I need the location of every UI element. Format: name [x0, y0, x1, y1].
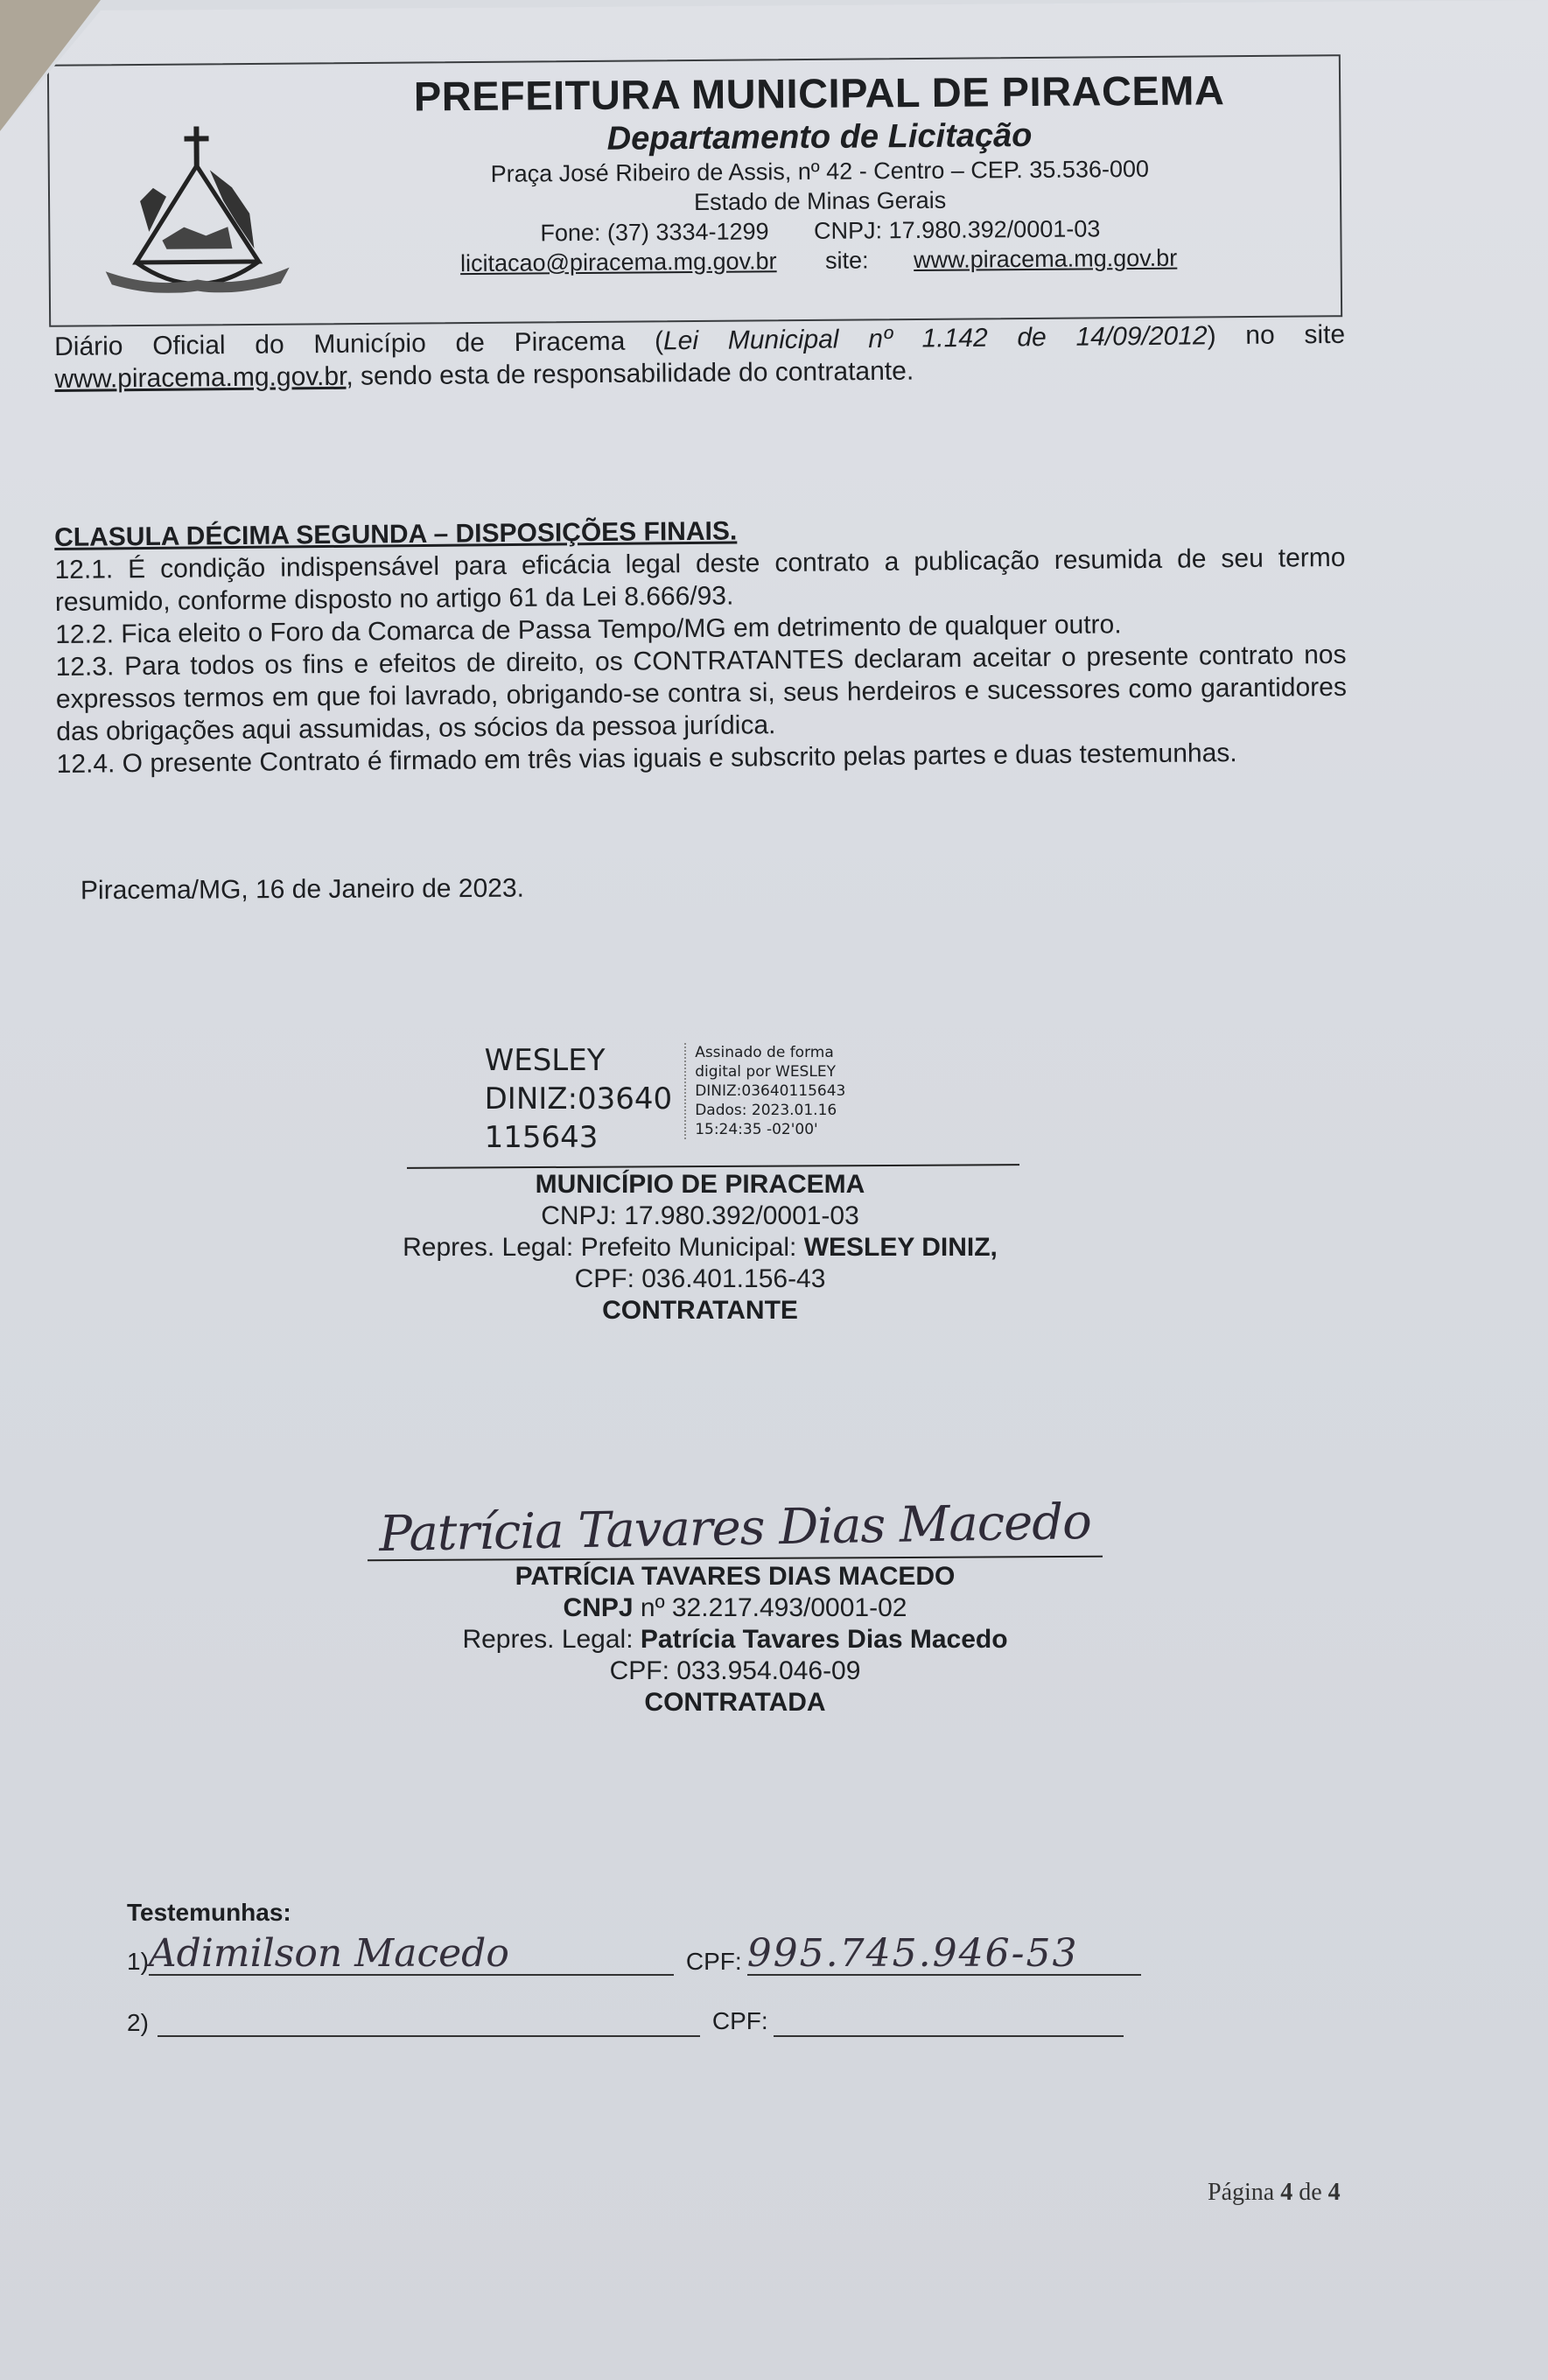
- witness-signature: Adimilson Macedo: [149, 1934, 509, 1974]
- rep-label: Repres. Legal:: [462, 1625, 640, 1654]
- letterhead-text: PREFEITURA MUNICIPAL DE PIRACEMA Departa…: [312, 61, 1328, 279]
- digital-info-line: digital por WESLEY: [695, 1062, 845, 1081]
- contratada-role: CONTRATADA: [350, 1687, 1120, 1718]
- witness-signature-line: [158, 1995, 700, 2037]
- rep-name: Patrícia Tavares Dias Macedo: [641, 1625, 1008, 1654]
- clause-section: CLASULA DÉCIMA SEGUNDA – DISPOSIÇÕES FIN…: [54, 509, 1348, 780]
- signature-line: [407, 1164, 1019, 1169]
- clause-item: 12.3. Para todos os fins e efeitos de di…: [55, 639, 1347, 748]
- witness-row: 1) Adimilson Macedo CPF: 995.745.946-53: [127, 1934, 1221, 1976]
- witness-cpf-line: [774, 2005, 1124, 2037]
- witness-cpf-label: CPF:: [686, 1948, 742, 1976]
- digital-signer-name: WESLEY DINIZ:03640 115643: [485, 1041, 673, 1157]
- law-reference: Lei Municipal nº 1.142 de 14/09/2012: [663, 321, 1208, 355]
- witness-number: 2): [127, 2009, 149, 2037]
- witness-cpf: 995.745.946-53: [747, 1934, 1079, 1974]
- digital-signature: WESLEY DINIZ:03640 115643 Assinado de fo…: [298, 1041, 1033, 1157]
- witness-cpf-label: CPF:: [712, 2007, 768, 2035]
- digital-info-line: Assinado de forma: [695, 1043, 845, 1062]
- contratada-cpf: CPF: 033.954.046-09: [350, 1655, 1120, 1687]
- digital-info-line: 15:24:35 -02'00': [695, 1120, 845, 1139]
- contratada-cnpj: CNPJ nº 32.217.493/0001-02: [350, 1592, 1120, 1624]
- cnpj-label: CNPJ: [564, 1593, 634, 1622]
- site-label: site:: [825, 247, 875, 273]
- contratada-signature-block: Patrícia Tavares Dias Macedo PATRÍCIA TA…: [350, 1496, 1120, 1718]
- digital-name-line: 115643: [485, 1118, 673, 1157]
- witness-row: 2) CPF:: [127, 1995, 1221, 2037]
- intro-text: , sendo esta de responsabilidade do cont…: [346, 357, 914, 391]
- email-link[interactable]: licitacao@piracema.mg.gov.br: [460, 248, 777, 276]
- phone: Fone: (37) 3334-1299: [540, 218, 768, 246]
- signing-date: Piracema/MG, 16 de Janeiro de 2023.: [81, 874, 524, 906]
- witnesses-label: Testemunhas:: [127, 1899, 1221, 1927]
- intro-site-link[interactable]: www.piracema.mg.gov.br: [54, 362, 346, 394]
- digital-name-line: WESLEY: [485, 1041, 673, 1080]
- contratante-signature-block: WESLEY DINIZ:03640 115643 Assinado de fo…: [368, 1041, 1033, 1326]
- contratante-cnpj: CNPJ: 17.980.392/0001-03: [368, 1200, 1033, 1232]
- page-number: Página 4 de 4: [1208, 2179, 1341, 2207]
- clause-item: 12.1. É condição indispensável para efic…: [54, 542, 1346, 619]
- site-link[interactable]: www.piracema.mg.gov.br: [914, 245, 1177, 273]
- intro-paragraph: Diário Oficial do Município de Piracema …: [54, 318, 1346, 395]
- witnesses-section: Testemunhas: 1) Adimilson Macedo CPF: 99…: [127, 1899, 1221, 2037]
- page-of: de: [1292, 2179, 1327, 2206]
- digital-name-line: DINIZ:03640: [485, 1080, 673, 1118]
- cnpj: CNPJ: 17.980.392/0001-03: [814, 215, 1100, 244]
- digital-info-line: Dados: 2023.01.16: [695, 1101, 845, 1120]
- contratante-cpf: CPF: 036.401.156-43: [368, 1263, 1033, 1295]
- digital-signature-info: Assinado de forma digital por WESLEY DIN…: [684, 1043, 845, 1139]
- page-label: Página: [1208, 2179, 1280, 2206]
- contratada-representative: Repres. Legal: Patrícia Tavares Dias Mac…: [350, 1624, 1120, 1655]
- contratante-representative: Repres. Legal: Prefeito Municipal: WESLE…: [368, 1232, 1033, 1263]
- coat-of-arms-icon: [100, 117, 294, 294]
- rep-label: Repres. Legal: Prefeito Municipal:: [403, 1233, 804, 1262]
- letterhead-title: PREFEITURA MUNICIPAL DE PIRACEMA: [312, 65, 1327, 121]
- contratante-entity: MUNICÍPIO DE PIRACEMA: [368, 1169, 1033, 1200]
- witness-number: 1): [127, 1948, 149, 1976]
- witness-cpf-line: 995.745.946-53: [747, 1934, 1141, 1976]
- rep-name: WESLEY DINIZ,: [804, 1233, 998, 1262]
- witness-signature-line: Adimilson Macedo: [149, 1934, 674, 1976]
- intro-text: ) no site: [1207, 320, 1345, 351]
- intro-text: Diário Oficial do Município de Piracema …: [54, 326, 663, 361]
- contratante-role: CONTRATANTE: [368, 1295, 1033, 1326]
- contratada-name: PATRÍCIA TAVARES DIAS MACEDO: [350, 1561, 1120, 1592]
- document-page: PREFEITURA MUNICIPAL DE PIRACEMA Departa…: [0, 0, 1548, 2380]
- page-current: 4: [1280, 2179, 1292, 2206]
- cnpj-value: nº 32.217.493/0001-02: [634, 1593, 907, 1622]
- page-total: 4: [1328, 2179, 1341, 2206]
- letterhead: PREFEITURA MUNICIPAL DE PIRACEMA Departa…: [47, 54, 1342, 327]
- digital-info-line: DINIZ:03640115643: [695, 1081, 845, 1101]
